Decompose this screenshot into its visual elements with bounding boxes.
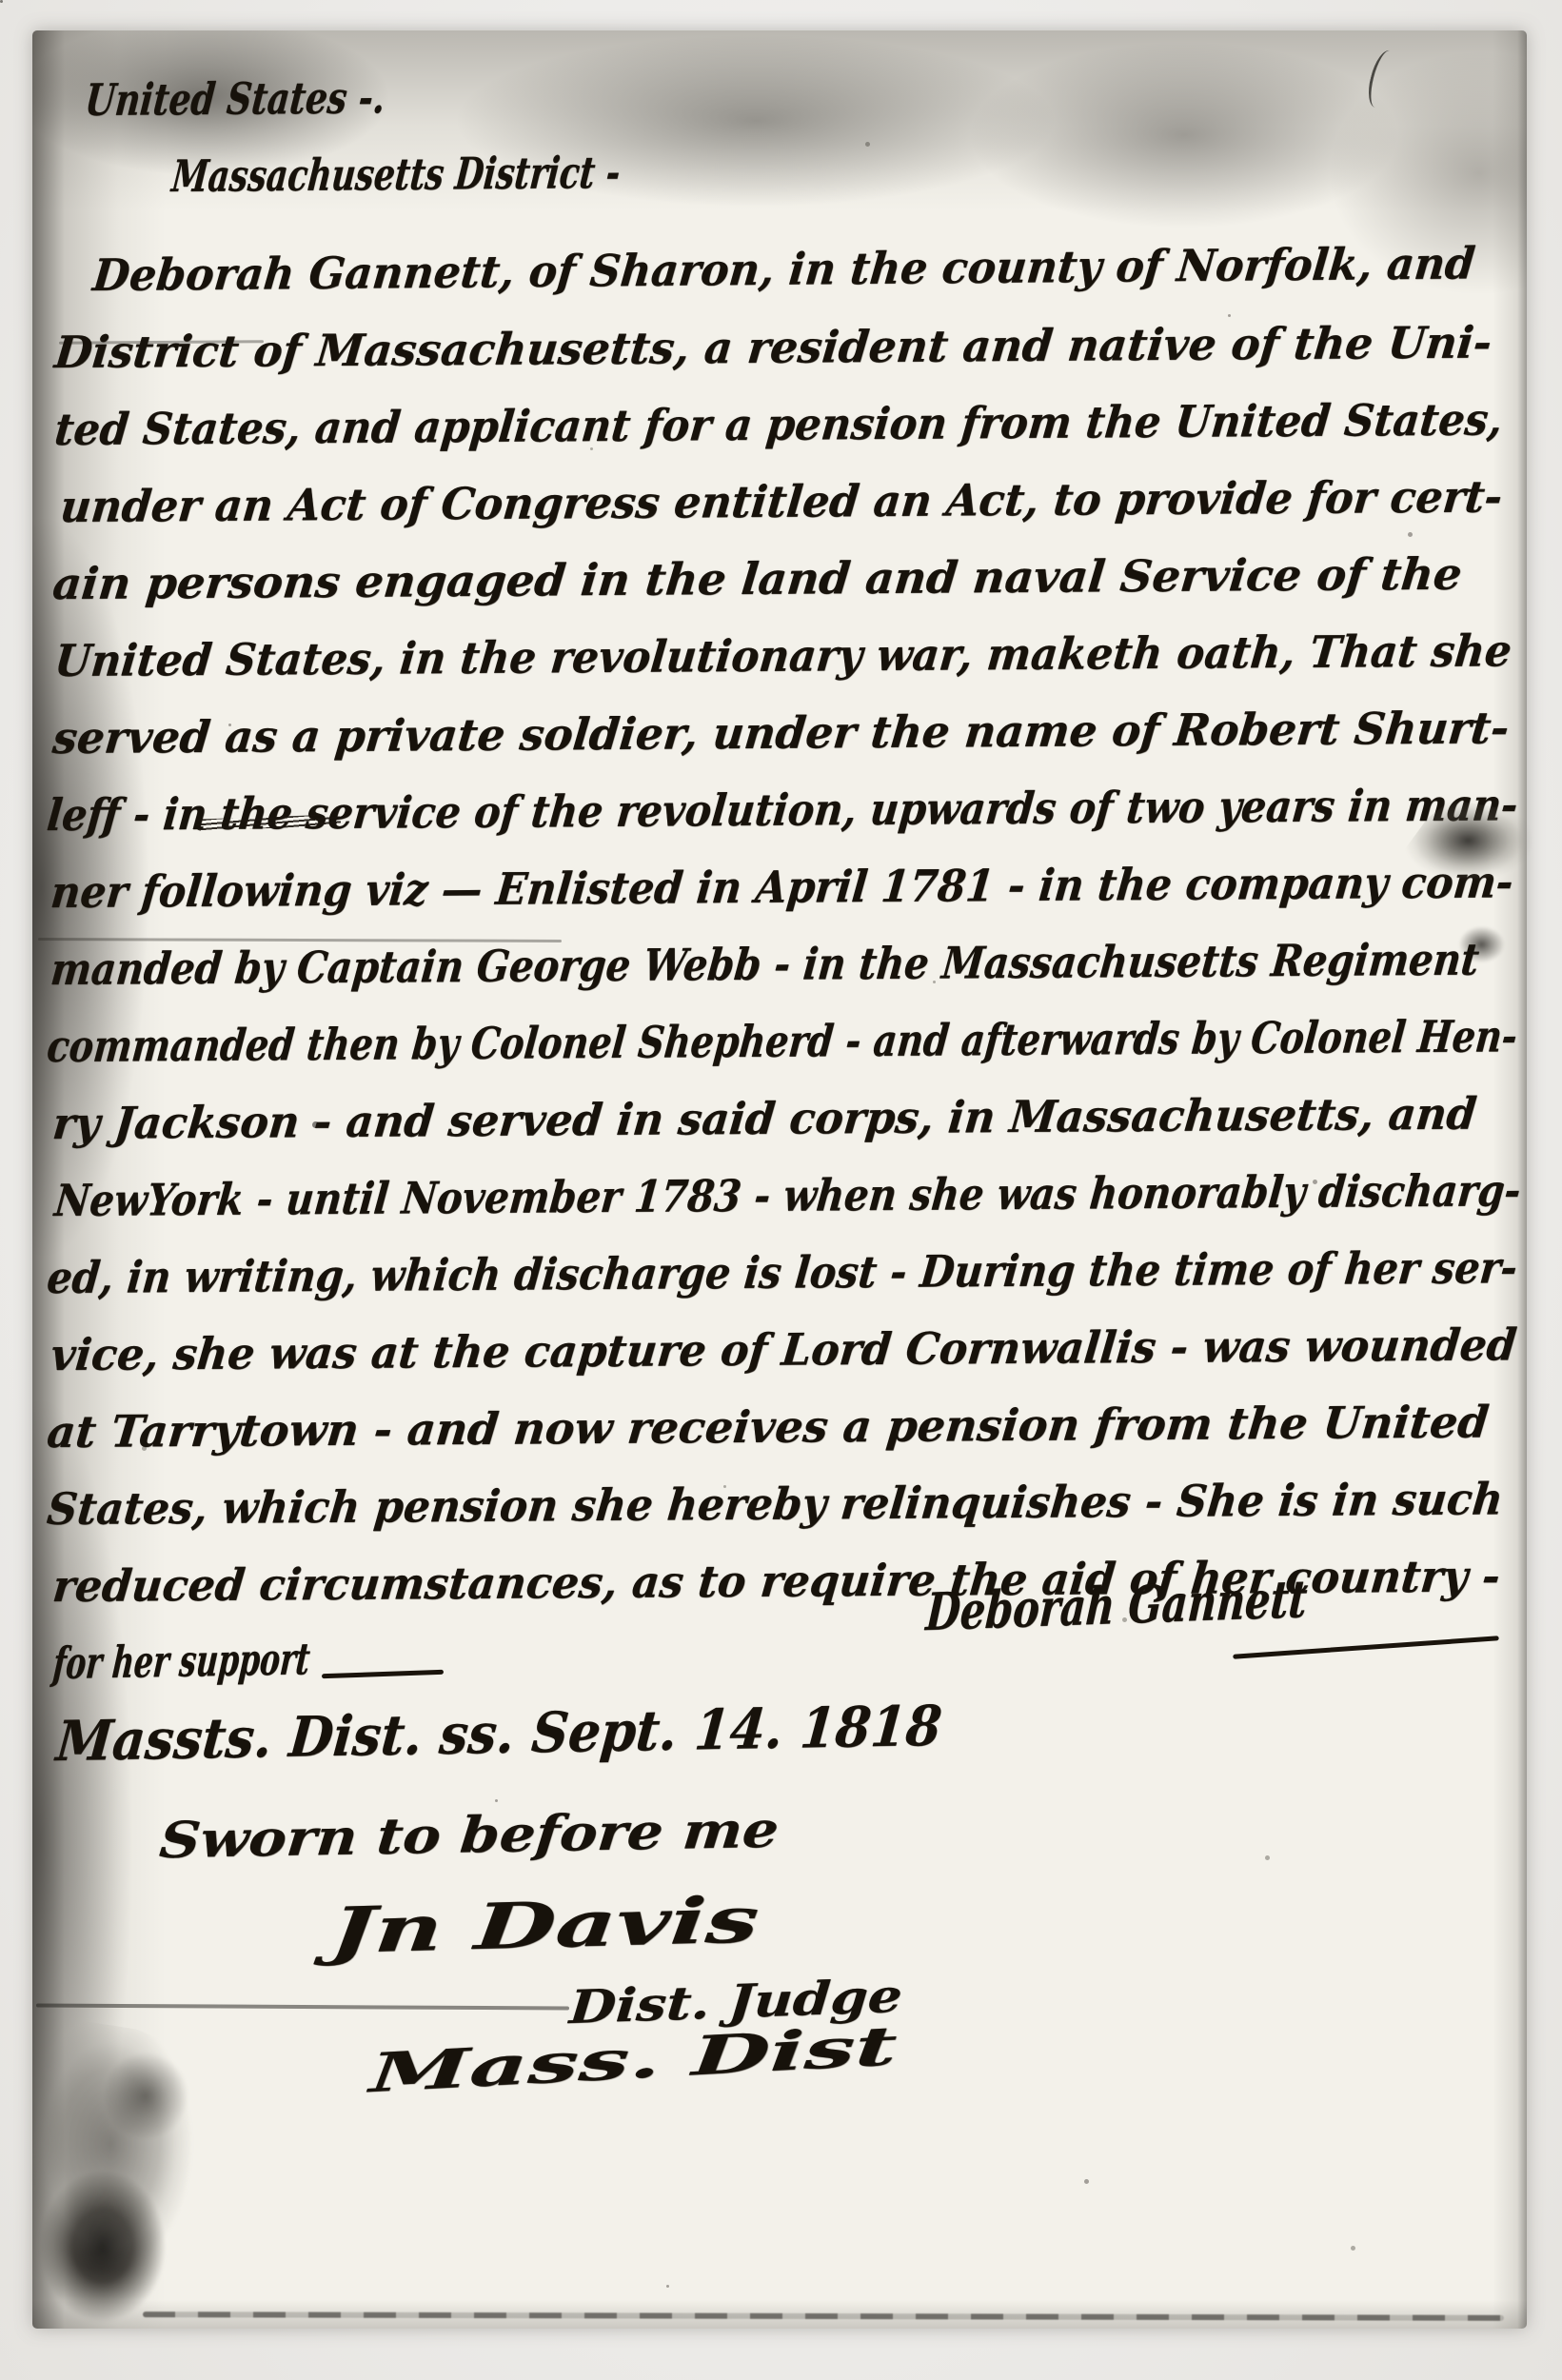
- attestation-sworn-line: Sworn to before me: [157, 1806, 781, 1866]
- manuscript-line: United States, in the revolutionary war,…: [52, 628, 1513, 683]
- attestation-date-line: Massts. Dist. ss. Sept. 14. 1818: [54, 1698, 944, 1769]
- manuscript-line: at Tarrytown - and now receives a pensio…: [45, 1399, 1491, 1454]
- signature-judge-davis: Jn Davis: [328, 1888, 761, 1962]
- manuscript-line: leff - in the service of the revolution,…: [45, 783, 1519, 837]
- manuscript-line: District of Massachusetts, a resident an…: [52, 320, 1493, 374]
- manuscript-line: ry Jackson - and served in said corps, i…: [50, 1092, 1478, 1145]
- heading-line: Massachusetts District -: [170, 150, 623, 198]
- signature-deborah-gannett: Deborah Gannett: [924, 1573, 1309, 1637]
- manuscript-line: States, which pension she hereby relinqu…: [45, 1477, 1505, 1531]
- manuscript-line: under an Act of Congress entitled an Act…: [58, 474, 1504, 528]
- photograph-of-document: { "colors": { "photo_background": "#ebe9…: [0, 0, 1562, 2380]
- manuscript-line: manded by Captain George Webb - in the M…: [49, 938, 1480, 992]
- manuscript-line: ner following viz — Enlisted in April 17…: [49, 860, 1514, 914]
- manuscript-line: ain persons engaged in the land and nava…: [50, 552, 1463, 605]
- manuscript-line: served as a private soldier, under the n…: [50, 705, 1511, 760]
- paper-speckles: [0, 0, 3, 3]
- manuscript-line: vice, she was at the capture of Lord Cor…: [49, 1322, 1518, 1377]
- manuscript-line: ed, in writing, which discharge is lost …: [45, 1245, 1519, 1299]
- manuscript-line: Deborah Gannett, of Sharon, in the count…: [91, 241, 1477, 297]
- manuscript-line: commanded then by Colonel Shepherd - and…: [45, 1014, 1519, 1068]
- closing-line: for her support: [51, 1636, 312, 1685]
- manuscript-line: ted States, and applicant for a pension …: [52, 397, 1504, 451]
- manuscript-line: NewYork - until November 1783 - when she…: [52, 1168, 1522, 1222]
- heading-line: United States -.: [84, 75, 387, 122]
